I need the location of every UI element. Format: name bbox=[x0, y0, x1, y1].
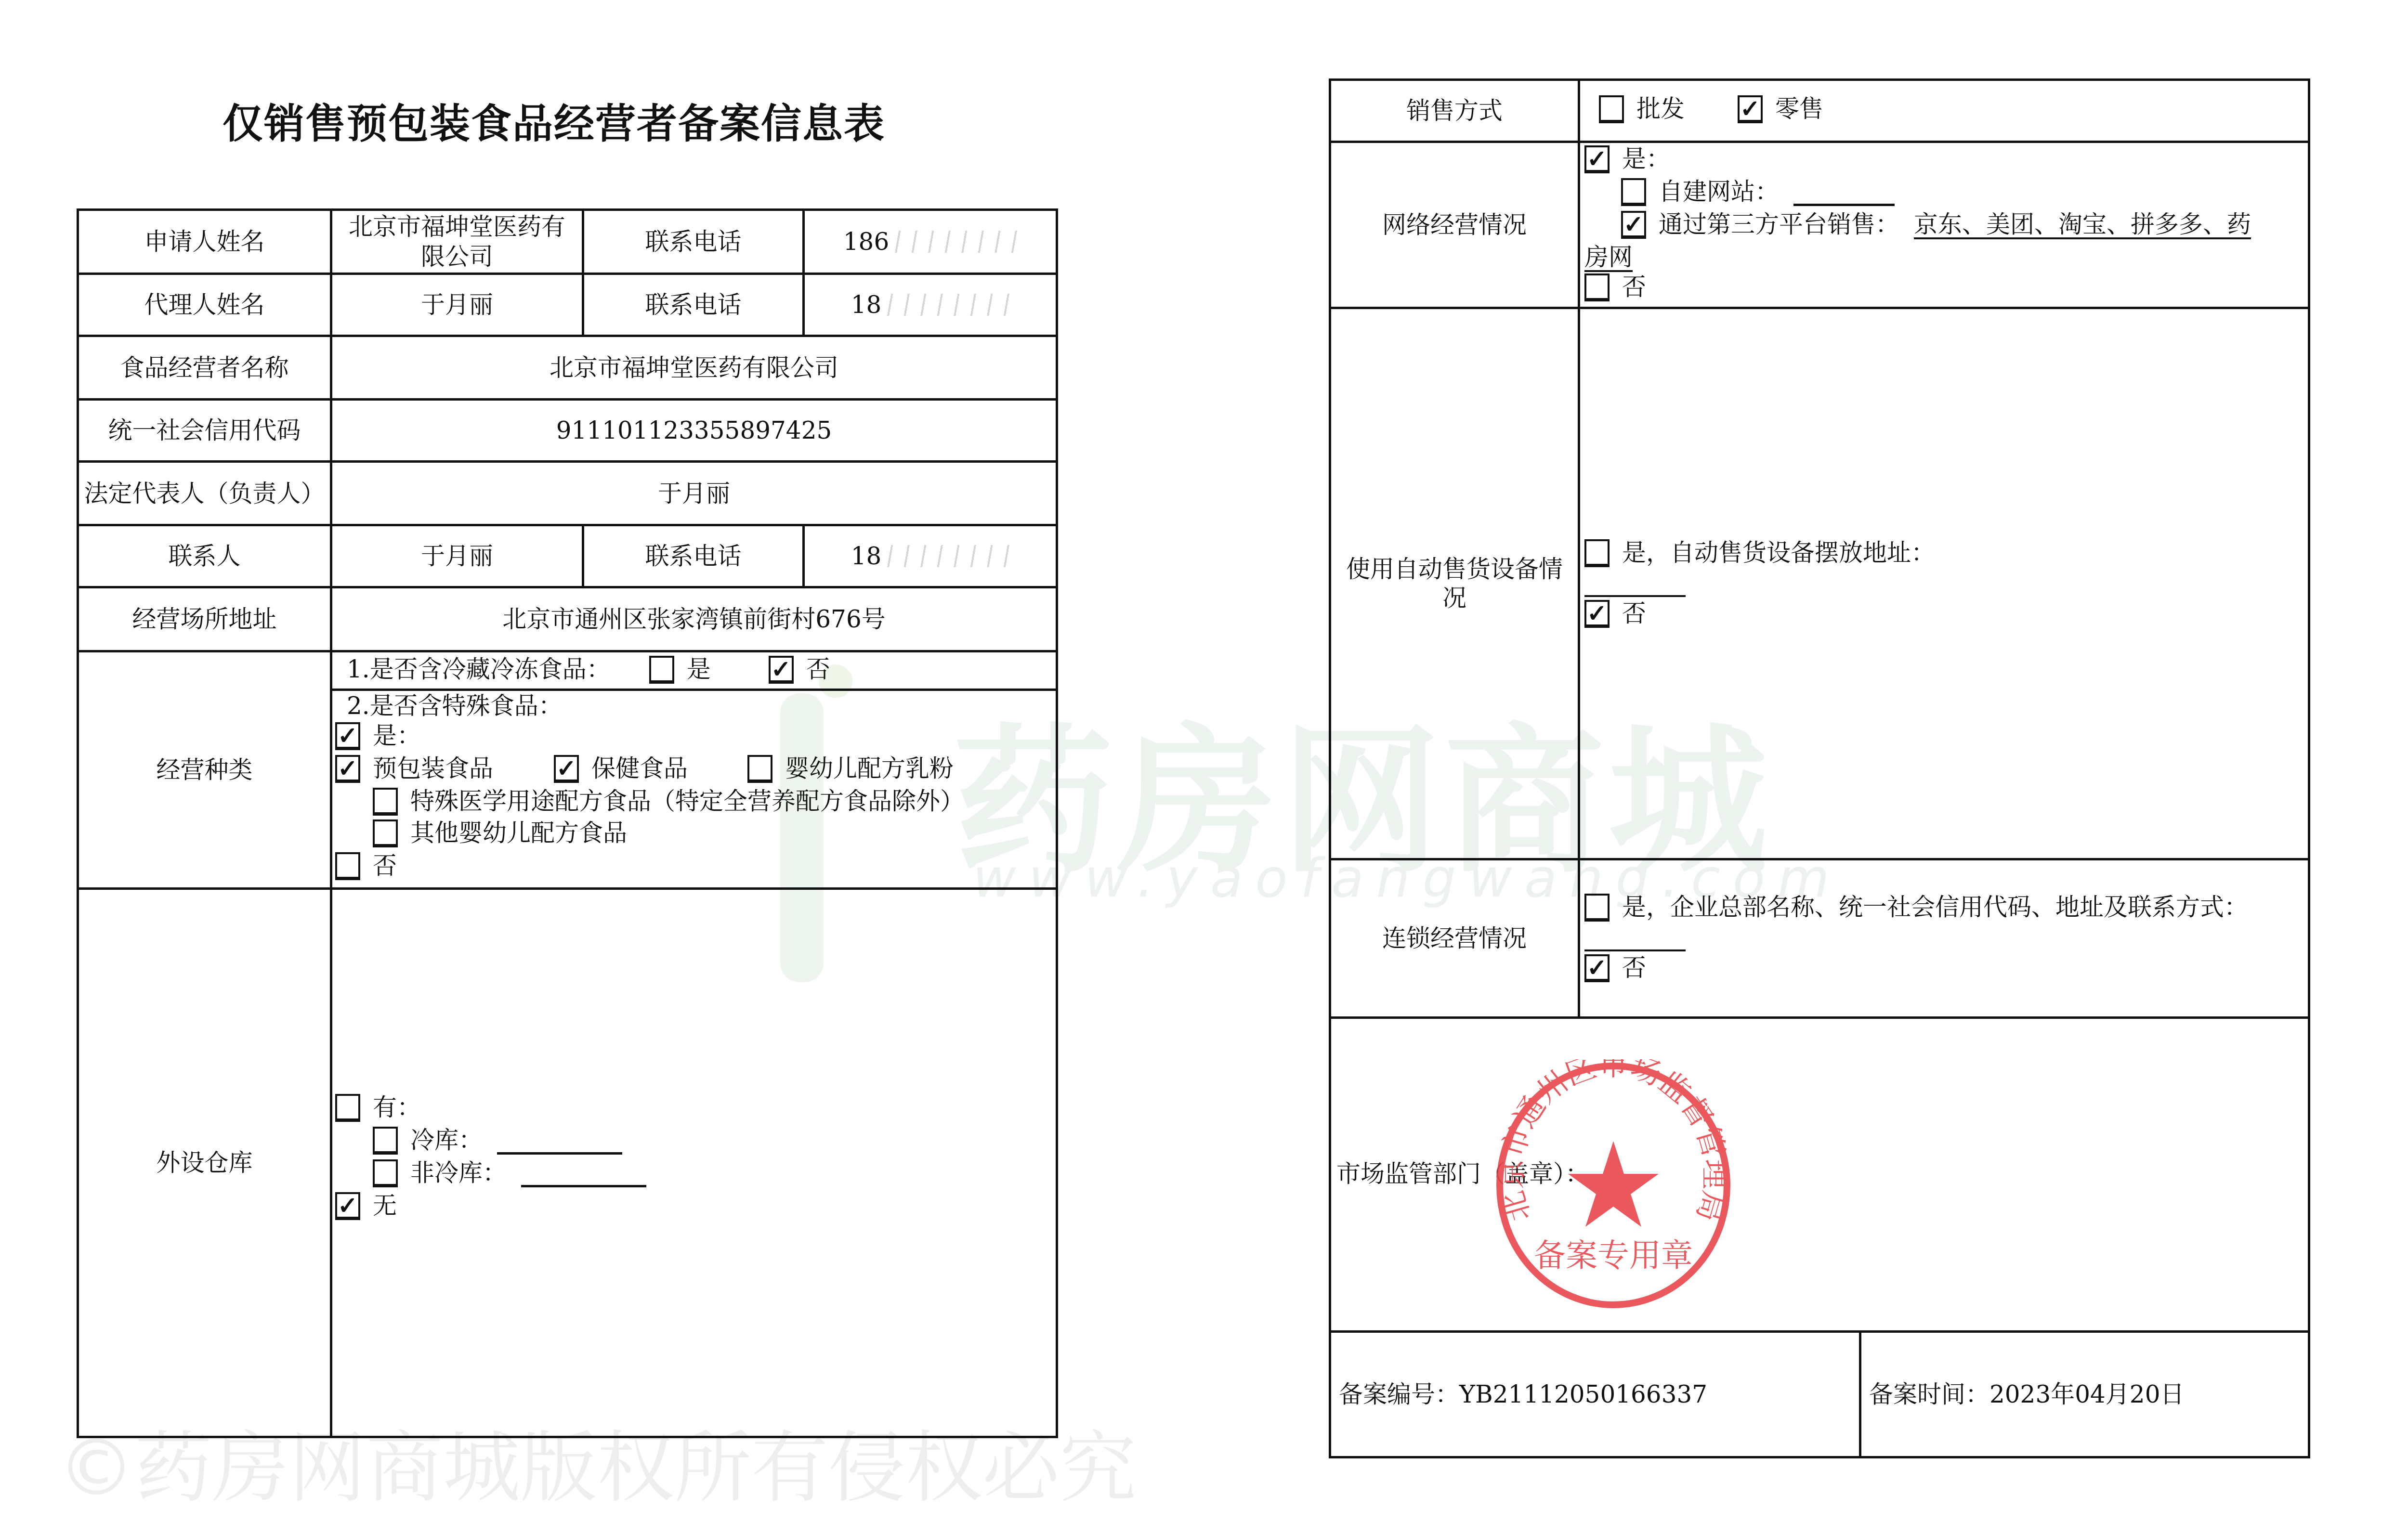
phone-prefix: 18 bbox=[851, 541, 882, 571]
operator-name-label: 食品经营者名称 bbox=[79, 337, 330, 398]
third-party-option: ✓ 通过第三方平台销售： 京东、美团、淘宝、拼多多、药 bbox=[1621, 210, 2251, 239]
online-no-label: 否 bbox=[1622, 273, 1646, 301]
warehouse-has-checkbox[interactable] bbox=[335, 1094, 360, 1122]
warehouse-none-option: ✓ 无 bbox=[335, 1191, 397, 1220]
online-yes-checkbox[interactable]: ✓ bbox=[1584, 145, 1610, 173]
vending-no-option: ✓ 否 bbox=[1584, 599, 1646, 628]
q2-no-label: 否 bbox=[373, 851, 397, 880]
q1-cold-chain: 1.是否含冷藏冷冻食品： 是 ✓ 否 bbox=[347, 655, 830, 684]
record-number-label: 备案编号： bbox=[1339, 1379, 1459, 1409]
warehouse-cold-option: 冷库： bbox=[373, 1126, 622, 1155]
chain-yes-label: 是，企业总部名称、统一社会信用代码、地址及联系方式： bbox=[1622, 893, 2248, 922]
third-party-label: 通过第三方平台销售： bbox=[1659, 210, 1899, 239]
chain-yes-option: 是，企业总部名称、统一社会信用代码、地址及联系方式： bbox=[1584, 893, 2248, 922]
q2-item-other-infant: 其他婴幼儿配方食品 bbox=[373, 819, 627, 847]
cold-storage-input[interactable] bbox=[497, 1133, 622, 1155]
q1-no-label: 否 bbox=[806, 655, 830, 684]
prepackaged-label: 预包装食品 bbox=[373, 754, 493, 783]
contact-phone-value: 18 bbox=[805, 526, 1056, 586]
platforms-value: 京东、美团、淘宝、拼多多、药 bbox=[1914, 210, 2251, 239]
warehouse-label: 外设仓库 bbox=[79, 890, 330, 1436]
wholesale-checkbox[interactable] bbox=[1599, 95, 1624, 123]
own-site-input[interactable] bbox=[1793, 184, 1895, 206]
agent-label: 代理人姓名 bbox=[79, 275, 330, 335]
wholesale-label: 批发 bbox=[1636, 94, 1685, 123]
warehouse-has-option: 有： bbox=[335, 1093, 421, 1122]
agent-phone-value: 18 bbox=[805, 275, 1056, 335]
other-infant-label: 其他婴幼儿配方食品 bbox=[410, 819, 627, 847]
online-no-checkbox[interactable] bbox=[1584, 273, 1610, 301]
q2-yes-checkbox[interactable]: ✓ bbox=[335, 722, 360, 750]
q2-item-health: ✓ 保健食品 bbox=[554, 754, 688, 783]
own-site-label: 自建网站： bbox=[1659, 177, 1779, 206]
medical-food-checkbox[interactable] bbox=[373, 788, 398, 816]
svg-text:备案专用章: 备案专用章 bbox=[1534, 1237, 1693, 1274]
credit-code-value: 911101123355897425 bbox=[332, 401, 1056, 460]
prepackaged-checkbox[interactable]: ✓ bbox=[335, 755, 360, 783]
noncold-storage-checkbox[interactable] bbox=[373, 1159, 398, 1187]
contact-phone-label: 联系电话 bbox=[584, 526, 802, 586]
sales-mode-options: 批发 ✓ 零售 bbox=[1599, 94, 1823, 123]
contact-label: 联系人 bbox=[79, 526, 330, 586]
third-party-checkbox[interactable]: ✓ bbox=[1621, 211, 1646, 239]
legal-rep-label: 法定代表人（负责人） bbox=[79, 463, 330, 524]
credit-code-label: 统一社会信用代码 bbox=[79, 401, 330, 460]
applicant-phone-label: 联系电话 bbox=[584, 211, 802, 273]
online-yes-option: ✓ 是： bbox=[1584, 144, 1670, 173]
form-title: 仅销售预包装食品经营者备案信息表 bbox=[0, 91, 1108, 150]
agent-value: 于月丽 bbox=[332, 275, 582, 335]
vending-yes-option: 是，自动售货设备摆放地址： bbox=[1584, 538, 1935, 567]
noncold-storage-label: 非冷库： bbox=[410, 1158, 507, 1187]
record-number-value: YB21112050166337 bbox=[1459, 1379, 1707, 1409]
address-value: 北京市通州区张家湾镇前街村676号 bbox=[332, 588, 1056, 650]
health-food-checkbox[interactable]: ✓ bbox=[554, 755, 579, 783]
chain-no-option: ✓ 否 bbox=[1584, 953, 1646, 982]
vending-no-checkbox[interactable]: ✓ bbox=[1584, 600, 1610, 628]
redacted-mask bbox=[884, 294, 1009, 316]
q2-no-checkbox[interactable] bbox=[335, 852, 360, 880]
online-label: 网络经营情况 bbox=[1331, 143, 1578, 307]
vending-no-label: 否 bbox=[1622, 599, 1646, 628]
record-date-value: 2023年04月20日 bbox=[1989, 1379, 2185, 1409]
sales-mode-label: 销售方式 bbox=[1331, 81, 1578, 141]
chain-label: 连锁经营情况 bbox=[1331, 860, 1578, 1016]
own-site-checkbox[interactable] bbox=[1621, 178, 1646, 206]
record-number: 备案编号：YB21112050166337 bbox=[1331, 1333, 1859, 1456]
applicant-phone-value: 186 bbox=[805, 211, 1056, 273]
record-date-label: 备案时间： bbox=[1869, 1379, 1989, 1409]
online-no-option: 否 bbox=[1584, 273, 1646, 301]
q2-text: 2.是否含特殊食品： bbox=[347, 691, 563, 720]
q2-yes-label: 是： bbox=[373, 721, 421, 750]
own-site-option: 自建网站： bbox=[1621, 177, 1895, 206]
other-infant-checkbox[interactable] bbox=[373, 819, 398, 847]
q1-yes-checkbox[interactable] bbox=[649, 656, 674, 684]
medical-food-label: 特殊医学用途配方食品（特定全营养配方食品除外） bbox=[410, 787, 964, 816]
vending-yes-checkbox[interactable] bbox=[1584, 539, 1610, 567]
q2-item-prepackaged: ✓ 预包装食品 bbox=[335, 754, 493, 783]
applicant-label: 申请人姓名 bbox=[79, 211, 330, 273]
q1-yes-label: 是 bbox=[687, 655, 711, 684]
vending-yes-label: 是，自动售货设备摆放地址： bbox=[1622, 538, 1935, 567]
record-date: 备案时间：2023年04月20日 bbox=[1861, 1333, 2308, 1456]
watermark-logo-icon bbox=[751, 664, 848, 982]
redacted-mask bbox=[884, 545, 1009, 567]
cold-storage-label: 冷库： bbox=[410, 1126, 483, 1155]
vending-label: 使用自动售货设备情况 bbox=[1331, 309, 1578, 858]
retail-label: 零售 bbox=[1775, 94, 1823, 123]
redacted-mask bbox=[892, 231, 1017, 253]
address-label: 经营场所地址 bbox=[79, 588, 330, 650]
online-yes-label: 是： bbox=[1622, 144, 1670, 173]
q2-no-option: 否 bbox=[335, 851, 397, 880]
noncold-storage-input[interactable] bbox=[521, 1166, 646, 1187]
health-food-label: 保健食品 bbox=[591, 754, 688, 783]
agent-phone-label: 联系电话 bbox=[584, 275, 802, 335]
q2-item-infant-formula: 婴幼儿配方乳粉 bbox=[747, 754, 954, 783]
warehouse-none-label: 无 bbox=[373, 1191, 397, 1220]
applicant-value: 北京市福坤堂医药有限公司 bbox=[332, 211, 582, 273]
phone-prefix: 186 bbox=[843, 227, 889, 257]
q1-text: 1.是否含冷藏冷冻食品： bbox=[347, 655, 611, 684]
chain-no-checkbox[interactable]: ✓ bbox=[1584, 954, 1610, 982]
chain-info-blank[interactable] bbox=[1584, 949, 1686, 951]
q1-no-checkbox[interactable]: ✓ bbox=[769, 656, 794, 684]
official-seal-icon: 北京市通州区市场监督管理局 备案专用章 bbox=[1493, 1059, 1734, 1310]
chain-no-label: 否 bbox=[1622, 953, 1646, 982]
warehouse-has-label: 有： bbox=[373, 1093, 421, 1122]
contact-value: 于月丽 bbox=[332, 526, 582, 586]
q2-item-medical: 特殊医学用途配方食品（特定全营养配方食品除外） bbox=[373, 787, 964, 816]
q2-yes-option: ✓ 是： bbox=[335, 721, 421, 750]
legal-rep-value: 于月丽 bbox=[332, 463, 1056, 524]
platforms-value-cont: 房网 bbox=[1584, 243, 1633, 272]
platforms-value-line2: 房网 bbox=[1584, 243, 1633, 272]
infant-formula-checkbox[interactable] bbox=[747, 755, 772, 783]
warehouse-none-checkbox[interactable]: ✓ bbox=[335, 1192, 360, 1220]
cold-storage-checkbox[interactable] bbox=[373, 1127, 398, 1155]
vending-address-blank[interactable] bbox=[1584, 595, 1686, 597]
business-type-label: 经营种类 bbox=[79, 652, 330, 887]
retail-checkbox[interactable]: ✓ bbox=[1738, 95, 1763, 123]
phone-prefix: 18 bbox=[851, 290, 882, 320]
operator-name-value: 北京市福坤堂医药有限公司 bbox=[332, 337, 1056, 398]
warehouse-noncold-option: 非冷库： bbox=[373, 1158, 646, 1187]
chain-yes-checkbox[interactable] bbox=[1584, 894, 1610, 922]
infant-formula-label: 婴幼儿配方乳粉 bbox=[785, 754, 954, 783]
